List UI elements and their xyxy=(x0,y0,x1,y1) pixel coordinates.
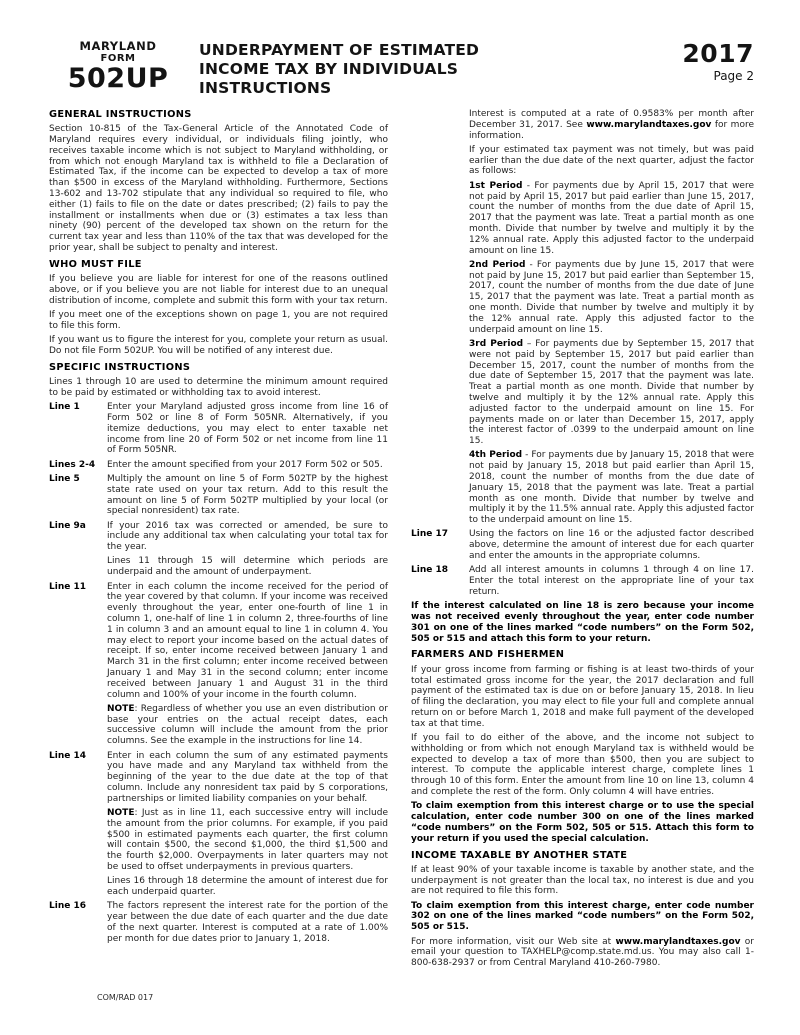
paragraph: Lines 1 through 10 are used to determine… xyxy=(49,377,388,399)
paragraph: If at least 90% of your taxable income i… xyxy=(411,865,754,897)
paragraph: Multiply the amount on line 5 of Form 50… xyxy=(107,474,388,517)
line-label: Line 14 xyxy=(49,751,86,762)
paragraph: If you fail to do either of the above, a… xyxy=(411,733,754,798)
text-segment: Lines 11 through 15 will determine which… xyxy=(107,556,388,577)
paragraph: If you believe you are liable for intere… xyxy=(49,274,388,306)
text-segment: To claim exemption from this interest ch… xyxy=(411,801,754,843)
section-heading: GENERAL INSTRUCTIONS xyxy=(49,110,388,121)
text-segment: Multiply the amount on line 5 of Form 50… xyxy=(107,474,388,516)
text-segment: If your estimated tax payment was not ti… xyxy=(469,145,754,177)
paragraph: Lines 16 through 18 determine the amount… xyxy=(107,876,388,898)
line-label: Lines 2-4 xyxy=(49,460,95,471)
instruction-item: Line 16The factors represent the interes… xyxy=(49,901,388,944)
text-segment: : Just as in line 11, each successive en… xyxy=(107,808,388,872)
text-segment: Enter in each column the sum of any esti… xyxy=(107,751,388,804)
text-segment: 1st Period xyxy=(469,181,522,191)
section-heading: INCOME TAXABLE BY ANOTHER STATE xyxy=(411,851,754,862)
text-segment: For more information, visit our Web site… xyxy=(411,937,615,947)
text-segment: To claim exemption from this interest ch… xyxy=(411,901,754,933)
text-segment: Enter the amount specified from your 201… xyxy=(107,460,383,470)
line-label: Line 5 xyxy=(49,474,80,485)
text-segment: 4th Period xyxy=(469,450,522,460)
form-agency-label: MARYLAND xyxy=(49,40,187,53)
text-segment: If you meet one of the exceptions shown … xyxy=(49,310,388,331)
text-segment: If your 2016 tax was corrected or amende… xyxy=(107,521,388,553)
text-segment: Enter in each column the income received… xyxy=(107,582,388,700)
document-title-line: INSTRUCTIONS xyxy=(199,79,479,98)
text-segment: - For payments due by June 15, 2017 that… xyxy=(469,260,754,335)
paragraph: Section 10-815 of the Tax-General Articl… xyxy=(49,124,388,254)
document-title: UNDERPAYMENT OF ESTIMATED INCOME TAX BY … xyxy=(199,40,479,98)
instruction-item: Line 11Enter in each column the income r… xyxy=(49,582,388,701)
form-id-block: MARYLAND FORM 502UP xyxy=(49,40,187,93)
paragraph: Using the factors on line 16 or the adju… xyxy=(469,529,754,561)
text-segment: If your gross income from farming or fis… xyxy=(411,665,754,729)
text-segment: Lines 1 through 10 are used to determine… xyxy=(49,377,388,398)
instruction-item: Line 17Using the factors on line 16 or t… xyxy=(411,529,754,561)
text-segment: Section 10-815 of the Tax-General Articl… xyxy=(49,124,388,253)
text-segment: - For payments due by January 15, 2018 t… xyxy=(469,450,754,525)
text-segment: If at least 90% of your taxable income i… xyxy=(411,865,754,897)
paragraph: If the interest calculated on line 18 is… xyxy=(411,601,754,644)
text-segment: Add all interest amounts in columns 1 th… xyxy=(469,565,754,597)
paragraph: Enter the amount specified from your 201… xyxy=(107,460,388,471)
instruction-item: Line 18Add all interest amounts in colum… xyxy=(411,565,754,597)
line-label: Line 18 xyxy=(411,565,448,576)
paragraph: If your 2016 tax was corrected or amende… xyxy=(107,521,388,553)
paragraph: NOTE: Regardless of whether you use an e… xyxy=(107,704,388,747)
instruction-item: Line 14Enter in each column the sum of a… xyxy=(49,751,388,805)
text-segment: - For payments due by April 15, 2017 tha… xyxy=(469,181,754,256)
text-segment: If you believe you are liable for intere… xyxy=(49,274,388,306)
paragraph: If your estimated tax payment was not ti… xyxy=(469,145,754,177)
paragraph: The factors represent the interest rate … xyxy=(107,901,388,944)
right-column: Interest is computed at a rate of 0.9583… xyxy=(411,109,754,972)
line-label: Line 16 xyxy=(49,901,86,912)
paragraph: 4th Period - For payments due by January… xyxy=(469,450,754,526)
instruction-item: Lines 2-4Enter the amount specified from… xyxy=(49,460,388,471)
line-label: Line 9a xyxy=(49,521,86,532)
document-title-line: INCOME TAX BY INDIVIDUALS xyxy=(199,60,479,79)
paragraph: NOTE: Just as in line 11, each successiv… xyxy=(107,808,388,873)
paragraph: To claim exemption from this interest ch… xyxy=(411,801,754,844)
text-segment: If you want us to figure the interest fo… xyxy=(49,335,388,356)
paragraph: For more information, visit our Web site… xyxy=(411,937,754,969)
document-page: MARYLAND FORM 502UP UNDERPAYMENT OF ESTI… xyxy=(0,0,800,1035)
instruction-item: Line 5Multiply the amount on line 5 of F… xyxy=(49,474,388,517)
paragraph: 2nd Period - For payments due by June 15… xyxy=(469,260,754,336)
paragraph: Enter in each column the income received… xyxy=(107,582,388,701)
paragraph: If your gross income from farming or fis… xyxy=(411,665,754,730)
text-segment: If the interest calculated on line 18 is… xyxy=(411,601,754,643)
paragraph: Enter your Maryland adjusted gross incom… xyxy=(107,402,388,456)
text-segment: www.marylandtaxes.gov xyxy=(586,120,711,130)
instruction-item: Line 1Enter your Maryland adjusted gross… xyxy=(49,402,388,456)
paragraph: To claim exemption from this interest ch… xyxy=(411,901,754,933)
text-segment: NOTE xyxy=(107,704,134,714)
line-label: Line 1 xyxy=(49,402,80,413)
text-segment: NOTE xyxy=(107,808,134,818)
line-label: Line 17 xyxy=(411,529,448,540)
paragraph: 1st Period - For payments due by April 1… xyxy=(469,181,754,257)
paragraph: Lines 11 through 15 will determine which… xyxy=(107,556,388,578)
text-segment: If you fail to do either of the above, a… xyxy=(411,733,754,797)
text-segment: The factors represent the interest rate … xyxy=(107,901,388,943)
text-segment: Enter your Maryland adjusted gross incom… xyxy=(107,402,388,455)
section-heading: FARMERS AND FISHERMEN xyxy=(411,650,754,661)
text-segment: www.marylandtaxes.gov xyxy=(615,937,740,947)
paragraph: Interest is computed at a rate of 0.9583… xyxy=(469,109,754,141)
paragraph: Add all interest amounts in columns 1 th… xyxy=(469,565,754,597)
document-title-line: UNDERPAYMENT OF ESTIMATED xyxy=(199,41,479,60)
section-heading: WHO MUST FILE xyxy=(49,260,388,271)
text-segment: 3rd Period xyxy=(469,339,523,349)
year-block: 2017 Page 2 xyxy=(682,40,754,83)
text-segment: : Regardless of whether you use an even … xyxy=(107,704,388,746)
text-segment: Using the factors on line 16 or the adju… xyxy=(469,529,754,561)
line-label: Line 11 xyxy=(49,582,86,593)
text-segment: – For payments due by September 15, 2017… xyxy=(469,339,754,446)
paragraph: If you meet one of the exceptions shown … xyxy=(49,310,388,332)
section-heading: SPECIFIC INSTRUCTIONS xyxy=(49,363,388,374)
paragraph: If you want us to figure the interest fo… xyxy=(49,335,388,357)
footer-form-code: COM/RAD 017 xyxy=(97,993,153,1002)
page-number: Page 2 xyxy=(682,69,754,83)
text-segment: 2nd Period xyxy=(469,260,525,270)
tax-year: 2017 xyxy=(682,41,754,67)
left-column: GENERAL INSTRUCTIONSSection 10-815 of th… xyxy=(49,109,388,948)
text-segment: Lines 16 through 18 determine the amount… xyxy=(107,876,388,897)
paragraph: Enter in each column the sum of any esti… xyxy=(107,751,388,805)
form-number: 502UP xyxy=(49,65,187,93)
page-header: MARYLAND FORM 502UP UNDERPAYMENT OF ESTI… xyxy=(49,40,754,98)
instruction-item: Line 9aIf your 2016 tax was corrected or… xyxy=(49,521,388,553)
paragraph: 3rd Period – For payments due by Septemb… xyxy=(469,339,754,447)
